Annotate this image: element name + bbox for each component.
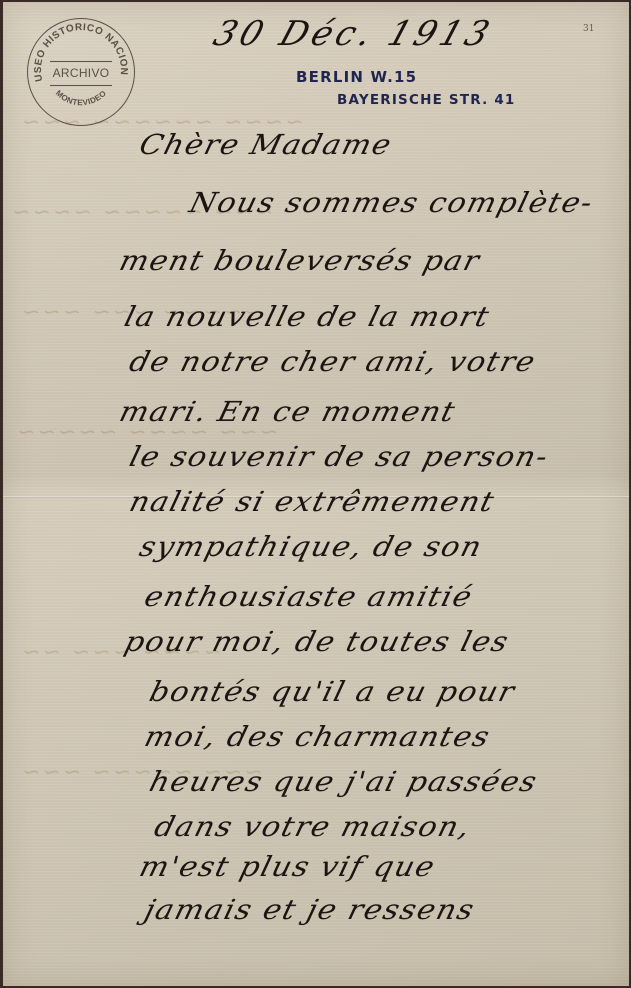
letter-line: dans votre maison, — [151, 811, 474, 843]
letter-line: enthousiaste amitié — [141, 581, 476, 613]
letter-line: mari. En ce moment — [116, 396, 459, 428]
letter-line: ment bouleversés par — [116, 245, 484, 277]
letter-line: Nous sommes complète- — [186, 187, 597, 219]
letter-line: la nouvelle de la mort — [121, 301, 493, 333]
svg-text:MONTEVIDEO: MONTEVIDEO — [54, 89, 108, 108]
letterhead-city: BERLIN W.15 — [296, 68, 417, 86]
stamp-center-text: ARCHIVO — [50, 61, 112, 86]
folio-number: 31 — [583, 24, 594, 34]
letter-line: m'est plus vif que — [136, 851, 439, 883]
letter-date: 30 Déc. 1913 — [209, 14, 499, 54]
letter-line: sympathique, de son — [136, 531, 486, 563]
stamp-ring-bottom-text: MONTEVIDEO — [54, 89, 108, 108]
letter-line: de notre cher ami, votre — [126, 346, 540, 378]
letter-line: pour moi, de toutes les — [121, 626, 513, 658]
letter-line: jamais et je ressens — [141, 894, 478, 926]
letter-line: moi, des charmantes — [141, 721, 494, 753]
letter-line: bontés qu'il a eu pour — [146, 676, 519, 708]
letter-line: nalité si extrêmement — [126, 486, 498, 518]
letterhead-street: BAYERISCHE STR. 41 — [337, 92, 516, 108]
salutation: Chère Madame — [136, 129, 396, 161]
letter-line: heures que j'ai passées — [146, 766, 541, 798]
archive-stamp: MUSEO HISTORICO NACIONAL MONTEVIDEO ARCH… — [27, 18, 135, 126]
letter-line: le souvenir de sa person- — [126, 441, 552, 473]
